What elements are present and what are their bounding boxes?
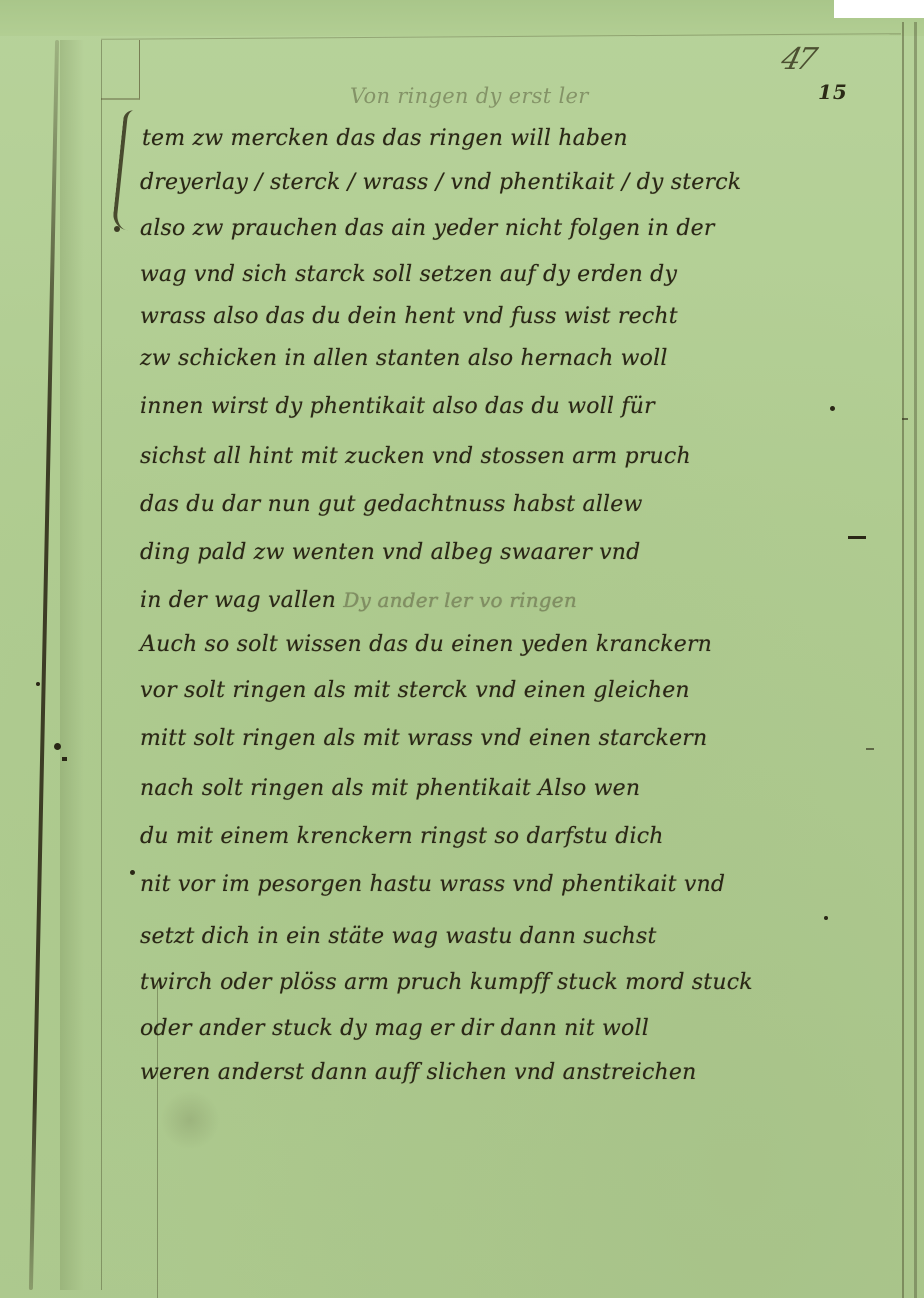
text-line-6: zw schicken in allen stanten also hernac… (140, 348, 668, 370)
rubric-inline: Dy ander ler vo ringen (343, 588, 577, 612)
decorated-initial (112, 109, 142, 230)
line-text: das du dar nun gut gedachtnuss habst all… (140, 492, 643, 517)
line-text: ding pald zw wenten vnd albeg swaarer vn… (140, 540, 640, 565)
text-line-10: ding pald zw wenten vnd albeg swaarer vn… (140, 542, 640, 564)
text-line-11: in der wag vallen Dy ander ler vo ringen (140, 590, 577, 612)
margin-dot (36, 682, 40, 686)
text-line-1: tem zw mercken das das ringen will haben (142, 128, 628, 150)
line-text: nach solt ringen als mit phentikait Also… (140, 776, 640, 801)
line-text: in der wag vallen (140, 588, 336, 613)
line-text: wag vnd sich starck soll setzen auf dy e… (140, 262, 677, 287)
leaf-top-edge (0, 0, 924, 36)
text-line-19: twirch oder plöss arm pruch kumpff stuck… (140, 972, 753, 994)
text-line-2: dreyerlay / sterck / wrass / vnd phentik… (140, 172, 741, 194)
line-text: dreyerlay / sterck / wrass / vnd phentik… (140, 170, 741, 195)
stain (160, 1090, 220, 1150)
line-text: setzt dich in ein stäte wag wastu dann s… (140, 924, 657, 949)
margin-dash (848, 536, 866, 539)
ink-blot (54, 743, 61, 750)
initial-dot (114, 226, 120, 232)
binding-edge-line (29, 40, 59, 1290)
text-line-8: sichst all hint mit zucken vnd stossen a… (140, 446, 691, 468)
frame-rule-right-outer (914, 22, 917, 1298)
ink-blot (62, 757, 67, 761)
text-line-17: nit vor im pesorgen hastu wrass vnd phen… (140, 874, 725, 896)
folio-number-old: 47 (778, 42, 817, 77)
frame-rule-left (101, 40, 102, 1290)
text-line-12: Auch so solt wissen das du einen yeden k… (140, 634, 712, 656)
margin-dot (830, 406, 835, 411)
line-text: mitt solt ringen als mit wrass vnd einen… (140, 726, 707, 751)
text-line-16: du mit einem krenckern ringst so darfstu… (140, 826, 664, 848)
line-text: sichst all hint mit zucken vnd stossen a… (140, 444, 691, 469)
text-line-18: setzt dich in ein stäte wag wastu dann s… (140, 926, 657, 948)
line-text: twirch oder plöss arm pruch kumpff stuck… (140, 970, 753, 995)
manuscript-page: 47 15 Von ringen dy erst ler tem zw merc… (0, 0, 924, 1298)
text-line-20: oder ander stuck dy mag er dir dann nit … (140, 1018, 649, 1040)
line-text: weren anderst dann auff slichen vnd anst… (140, 1060, 696, 1085)
text-line-21: weren anderst dann auff slichen vnd anst… (140, 1062, 696, 1084)
margin-dot (824, 916, 828, 920)
text-line-15: nach solt ringen als mit phentikait Also… (140, 778, 640, 800)
frame-rule-right (902, 22, 904, 1298)
binding-shadow (60, 40, 84, 1290)
line-text: tem zw mercken das das ringen will haben (142, 126, 628, 151)
line-text: du mit einem krenckern ringst so darfstu… (140, 824, 664, 849)
text-line-4: wag vnd sich starck soll setzen auf dy e… (140, 264, 677, 286)
text-line-3: also zw prauchen das ain yeder nicht fol… (140, 218, 715, 240)
line-text: also zw prauchen das ain yeder nicht fol… (140, 216, 715, 241)
text-line-14: mitt solt ringen als mit wrass vnd einen… (140, 728, 707, 750)
line-text: vor solt ringen als mit sterck vnd einen… (140, 678, 690, 703)
line-text: oder ander stuck dy mag er dir dann nit … (140, 1016, 649, 1041)
text-line-7: innen wirst dy phentikait also das du wo… (140, 396, 655, 418)
text-line-9: das du dar nun gut gedachtnuss habst all… (140, 494, 643, 516)
rubric-heading: Von ringen dy erst ler (350, 84, 589, 108)
text-line-13: vor solt ringen als mit sterck vnd einen… (140, 680, 690, 702)
margin-dot (130, 870, 135, 875)
line-text: innen wirst dy phentikait also das du wo… (140, 394, 655, 419)
corner-notch (834, 0, 924, 18)
line-text: Auch so solt wissen das du einen yeden k… (140, 632, 712, 657)
margin-tick (866, 748, 874, 750)
initial-frame (101, 40, 140, 100)
margin-tick (902, 418, 908, 420)
line-text: wrass also das du dein hent vnd fuss wis… (140, 304, 678, 329)
text-line-5: wrass also das du dein hent vnd fuss wis… (140, 306, 678, 328)
line-text: nit vor im pesorgen hastu wrass vnd phen… (140, 872, 725, 897)
folio-number: 15 (818, 80, 848, 104)
line-text: zw schicken in allen stanten also hernac… (140, 346, 668, 371)
